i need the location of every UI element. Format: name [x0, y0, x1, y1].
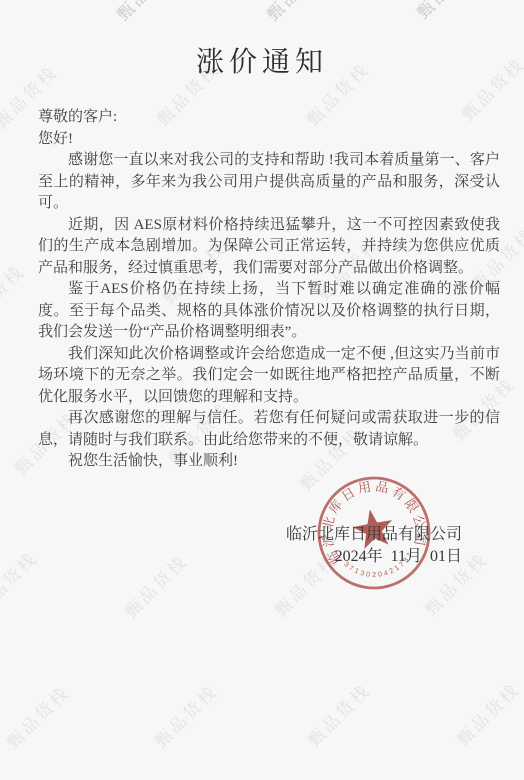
paragraph: 祝您生活愉快，事业顺利!: [38, 451, 500, 473]
signature-date: 2024年 11月 01日: [0, 546, 462, 568]
paragraph: 鉴于AES价格仍在持续上扬，当下暂时难以确定准确的涨价幅度。至于每个品类、规格的…: [38, 279, 500, 344]
watermark-text: 甄品货栈: [0, 0, 39, 23]
signature-block: 临沂北库日用品有限公司 2024年 11月 01日: [0, 524, 462, 568]
watermark-text: 甄品货栈: [301, 677, 375, 751]
watermark-text: 甄品货栈: [0, 679, 74, 753]
watermark-text: 甄品货栈: [410, 0, 484, 23]
paragraph: 近期，因 AES原材料价格持续迅猛攀升，这一不可控因素致使我们的生产成本急剧增加…: [38, 215, 500, 280]
letter-body: 尊敬的客户: 您好! 感谢您一直以来对我公司的支持和帮助 !我司本着质量第一、客…: [38, 107, 500, 473]
signature-company: 临沂北库日用品有限公司: [0, 524, 462, 546]
watermark-text: 甄品货栈: [0, 258, 29, 332]
watermark-text: 甄品货栈: [110, 0, 184, 25]
paragraph: 感谢您一直以来对我公司的支持和帮助 !我司本着质量第一、客户至上的精神，多年来为…: [38, 150, 500, 215]
paragraphs: 感谢您一直以来对我公司的支持和帮助 !我司本着质量第一、客户至上的精神，多年来为…: [38, 150, 500, 473]
greeting: 您好!: [38, 129, 500, 151]
watermark-text: 甄品货栈: [148, 678, 222, 752]
watermark-text: 甄品货栈: [450, 676, 524, 750]
letter-title: 涨价通知: [0, 40, 524, 80]
paragraph: 我们深知此次价格调整或许会给您造成一定不便 ,但这实乃当前市场环境下的无奈之举。…: [38, 344, 500, 409]
watermark-text: 甄品货栈: [260, 0, 334, 25]
salutation: 尊敬的客户:: [38, 107, 500, 129]
paragraph: 再次感谢您的理解与信任。若您有任何疑问或需获取进一步的信息，请随时与我们联系。由…: [38, 408, 500, 451]
scanned-letter-page: 甄品货栈甄品货栈甄品货栈甄品货栈甄品货栈甄品货栈甄品货栈甄品货栈甄品货栈甄品货栈…: [0, 0, 524, 780]
